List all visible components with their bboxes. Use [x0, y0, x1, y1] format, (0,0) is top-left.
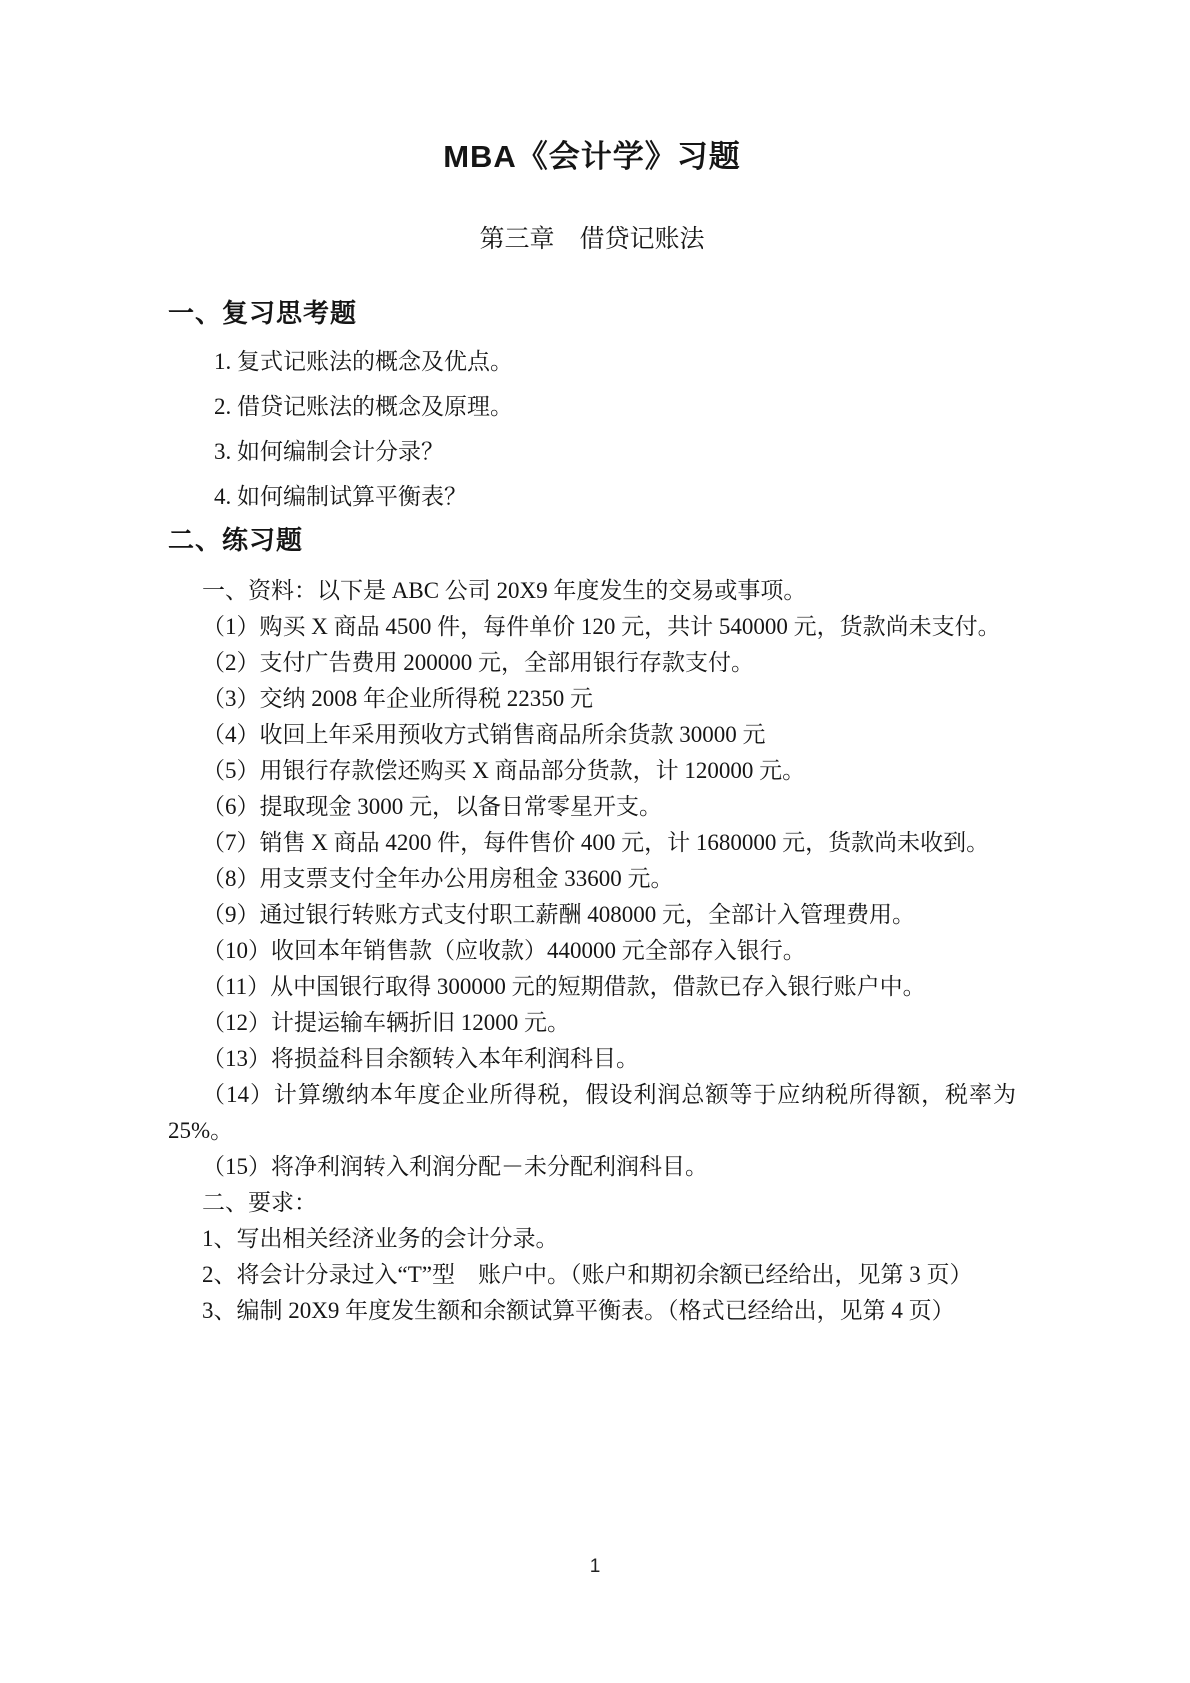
document-page: MBA《会计学》习题 第三章 借贷记账法 一、复习思考题 1. 复式记账法的概念…: [0, 0, 1190, 1683]
transaction-item-7: （7）销售 X 商品 4200 件，每件售价 400 元，计 1680000 元…: [168, 825, 1016, 861]
page-number: 1: [0, 1556, 1190, 1578]
transaction-item-4: （4）收回上年采用预收方式销售商品所余货款 30000 元: [168, 717, 1016, 753]
document-content: MBA《会计学》习题 第三章 借贷记账法 一、复习思考题 1. 复式记账法的概念…: [168, 140, 1016, 1329]
review-section: 一、复习思考题 1. 复式记账法的概念及优点。 2. 借贷记账法的概念及原理。 …: [168, 298, 1016, 515]
exercise-section: 二、练习题 一、资料：以下是 ABC 公司 20X9 年度发生的交易或事项。 （…: [168, 525, 1016, 1329]
review-item-3: 3. 如何编制会计分录？: [214, 434, 1016, 470]
chapter-title: 第三章 借贷记账法: [168, 226, 1016, 254]
document-title: MBA《会计学》习题: [168, 140, 1016, 174]
requirement-item-3: 3、编制 20X9 年度发生额和余额试算平衡表。（格式已经给出，见第 4 页）: [168, 1293, 1016, 1329]
transaction-item-14: （14）计算缴纳本年度企业所得税，假设利润总额等于应纳税所得额，税率为 25%。: [168, 1077, 1016, 1149]
review-item-4: 4. 如何编制试算平衡表？: [214, 479, 1016, 515]
transaction-item-3: （3）交纳 2008 年企业所得税 22350 元: [168, 681, 1016, 717]
transaction-item-5: （5）用银行存款偿还购买 X 商品部分货款，计 120000 元。: [168, 753, 1016, 789]
requirement-item-1: 1、写出相关经济业务的会计分录。: [168, 1221, 1016, 1257]
transaction-item-9: （9）通过银行转账方式支付职工薪酬 408000 元，全部计入管理费用。: [168, 897, 1016, 933]
transaction-item-15: （15）将净利润转入利润分配－未分配利润科目。: [168, 1149, 1016, 1185]
review-item-2: 2. 借贷记账法的概念及原理。: [214, 389, 1016, 425]
transaction-item-8: （8）用支票支付全年办公用房租金 33600 元。: [168, 861, 1016, 897]
requirements-heading: 二、要求：: [168, 1185, 1016, 1221]
exercise-heading: 二、练习题: [168, 525, 1016, 555]
transaction-item-2: （2）支付广告费用 200000 元，全部用银行存款支付。: [168, 645, 1016, 681]
requirement-item-2: 2、将会计分录过入“T”型 账户中。（账户和期初余额已经给出，见第 3 页）: [168, 1257, 1016, 1293]
transaction-item-6: （6）提取现金 3000 元，以备日常零星开支。: [168, 789, 1016, 825]
review-item-1: 1. 复式记账法的概念及优点。: [214, 344, 1016, 380]
transaction-item-12: （12）计提运输车辆折旧 12000 元。: [168, 1005, 1016, 1041]
review-heading: 一、复习思考题: [168, 298, 1016, 328]
transaction-item-10: （10）收回本年销售款（应收款）440000 元全部存入银行。: [168, 933, 1016, 969]
transaction-item-1: （1）购买 X 商品 4500 件，每件单价 120 元，共计 540000 元…: [168, 609, 1016, 645]
transaction-item-13: （13）将损益科目余额转入本年利润科目。: [168, 1041, 1016, 1077]
transaction-item-11: （11）从中国银行取得 300000 元的短期借款，借款已存入银行账户中。: [168, 969, 1016, 1005]
exercise-intro: 一、资料：以下是 ABC 公司 20X9 年度发生的交易或事项。: [168, 573, 1016, 609]
